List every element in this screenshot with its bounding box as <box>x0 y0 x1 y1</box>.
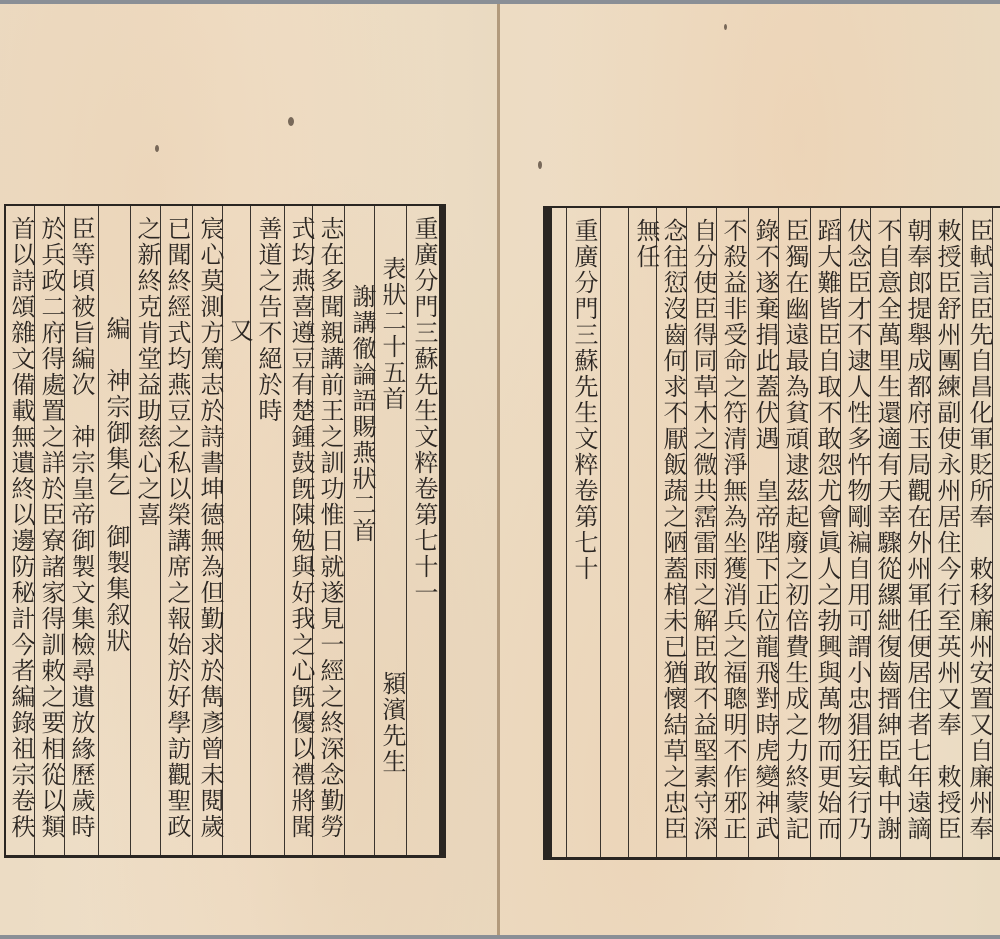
left-page-text-frame: 重廣分門三蘇先生文粹卷第七十一 表狀二十五首 潁濱先生 謝講徹論語賜燕狀二首 志… <box>4 204 446 858</box>
essay-subtitle: 編 神宗御集乞 御製集叙狀 <box>101 316 131 654</box>
text-column: 臣軾言臣先自昌化軍貶所奉 敕移廉州安置又自廉州奉 <box>964 218 994 842</box>
left-page-title: 重廣分門三蘇先生文粹卷第七十一 <box>409 216 439 606</box>
text-column: 之新終克肯堂益助慈心之喜 <box>132 216 162 528</box>
text-column: 敕授臣舒州團練副使永州居住今行至英州又奉 敕授臣 <box>932 218 962 842</box>
book-spine <box>497 4 500 935</box>
ink-speck <box>288 117 294 126</box>
text-column: 不自意全萬里生還適有天幸驟從縲紲復齒搢紳臣軾中謝 <box>872 218 902 842</box>
text-column: 志在多聞親講前王之訓功惟日就遂見一經之終深念勤勞 <box>315 216 345 840</box>
text-column: 首以詩頌雜文備載無遺終以邊防秘計今者編錄祖宗卷秩 <box>6 216 36 840</box>
section-heading: 表狀二十五首 <box>377 256 407 412</box>
text-column: 朝奉郎提舉成都府玉局觀在外州軍任便居住者七年遠謫 <box>902 218 932 842</box>
text-column: 善道之告不絕於時 <box>253 216 283 424</box>
text-column: 錄不遂棄捐此蓋伏遇 皇帝陛下正位龍飛對時虎變神武 <box>750 218 780 842</box>
text-column: 已聞終經式均燕豆之私以榮講席之報始於好學訪觀聖政 <box>162 216 192 840</box>
text-column: 於兵政二府得處置之詳於臣寮諸家得訓敕之要相從以類 <box>36 216 66 840</box>
section-marker: 又 <box>224 318 254 344</box>
right-page-title: 重廣分門三蘇先生文粹卷第七十 <box>569 218 599 582</box>
text-column: 無任 <box>631 218 661 270</box>
ink-speck <box>724 24 727 30</box>
right-page-text-frame: 重廣分門三蘇先生文粹卷第七十 無任 念往愆沒齒何求不厭飯蔬之陋蓋棺未已猶懷結草之… <box>543 206 1000 860</box>
text-column: 自分使臣得同草木之微共霑雷雨之解臣敢不益堅素守深 <box>688 218 718 842</box>
text-column: 宸心莫測方篤志於詩書坤德無為但勤求於雋彥曾未閱歲 <box>195 216 225 840</box>
text-column: 臣獨在幽遠最為貧頑逮茲起廢之初倍費生成之力終蒙記 <box>780 218 810 842</box>
text-column: 式均燕喜遵豆有楚鍾鼓旣陳勉與好我之心旣優以禮將聞 <box>286 216 316 840</box>
essay-subtitle: 謝講徹論語賜燕狀二首 <box>347 284 377 544</box>
text-column: 念往愆沒齒何求不厭飯蔬之陋蓋棺未已猶懷結草之忠臣 <box>658 218 688 842</box>
text-column: 蹈大難皆臣自取不敢怨尤會眞人之勃興與萬物而更始而 <box>812 218 842 842</box>
ink-speck <box>155 145 159 152</box>
text-column: 伏念臣才不逮人性多忤物剛褊自用可謂小忠猖狂妄行乃 <box>842 218 872 842</box>
text-column: 不殺益非受命之符清淨無為坐獲消兵之福聰明不作邪正 <box>718 218 748 842</box>
ink-speck <box>538 161 542 169</box>
author-name: 潁濱先生 <box>377 671 407 775</box>
text-column: 臣等頃被旨編次 神宗皇帝御製文集檢尋遺放緣歷歲時 <box>66 216 96 840</box>
